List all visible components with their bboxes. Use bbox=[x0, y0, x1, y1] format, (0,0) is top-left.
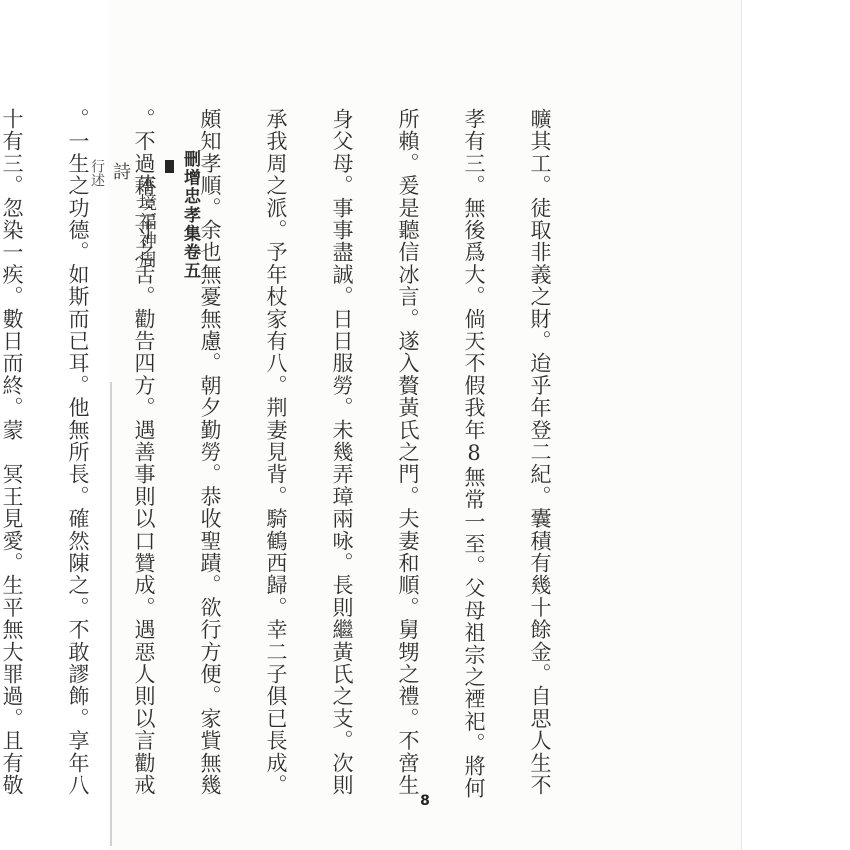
text-column-4: 身父母。事事盡誠。日日服勞。未幾弄璋兩咏。長則繼黃氏之支。次則 bbox=[328, 108, 356, 803]
page-number: 8 bbox=[0, 793, 850, 809]
book-title: 刪增忠孝集卷五 bbox=[180, 150, 200, 280]
text-column-1: 曠其工。徒取非義之財。迨乎年登二紀。囊積有幾十餘金。自思人生不 bbox=[526, 108, 554, 803]
text-column-2: 孝有三。無後爲大。倘天不假我年8無常一至。父母祖宗之禋祀。將何 bbox=[460, 108, 488, 803]
folio-column: 刪增忠孝集卷五 本境福神周 詩 行述 bbox=[87, 112, 222, 812]
text-column-3: 所賴。爰是聽信冰言。遂入贅黃氏之門。夫妻和順。舅甥之禮。不啻生 bbox=[394, 108, 422, 803]
chapter-doc-type: 行述 bbox=[89, 159, 105, 187]
scan-edge-shadow bbox=[741, 0, 742, 850]
text-column-9: 十有三。忽染一疾。數日而終。蒙 冥王見愛。生平無大罪過。且有敬 bbox=[0, 108, 26, 803]
chapter-subject: 本境福神周 bbox=[136, 174, 157, 269]
chapter-given-name: 詩 bbox=[110, 162, 131, 180]
text-column-5: 承我周之派。予年杖家有八。荆妻見背。騎鶴西歸。幸二子俱已長成。 bbox=[262, 108, 290, 803]
section-mark-icon bbox=[165, 160, 174, 173]
